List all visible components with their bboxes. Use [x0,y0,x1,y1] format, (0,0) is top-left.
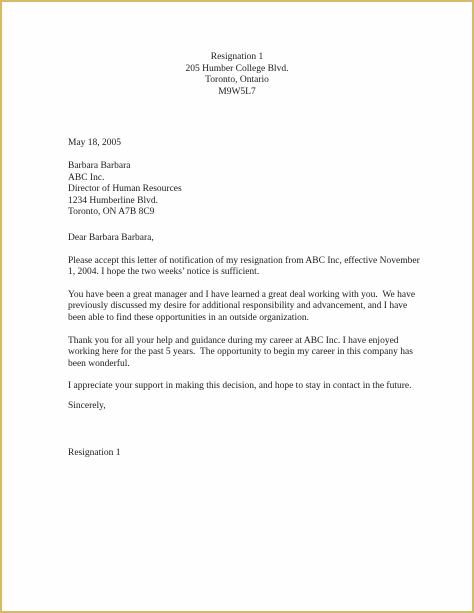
recipient-line: Director of Human Resources [68,184,422,196]
closing: Sincerely, [68,401,422,413]
recipient-line: 1234 Humberline Blvd. [68,196,422,208]
body-paragraph: Thank you for all your help and guidance… [68,336,422,371]
typed-signature: Resignation 1 [68,448,422,460]
recipient-address: Barbara Barbara ABC Inc. Director of Hum… [68,161,422,219]
body-paragraph: You have been a great manager and I have… [68,290,422,325]
body-paragraph: I appreciate your support in making this… [68,381,422,393]
date-line: May 18, 2005 [68,138,422,150]
letterhead-line: Toronto, Ontario [2,75,472,87]
letterhead-line: Resignation 1 [2,52,472,64]
letterhead: Resignation 1 205 Humber College Blvd. T… [2,52,472,98]
recipient-line: ABC Inc. [68,173,422,185]
salutation: Dear Barbara Barbara, [68,233,422,245]
letterhead-line: 205 Humber College Blvd. [2,64,472,76]
recipient-line: Barbara Barbara [68,161,422,173]
recipient-line: Toronto, ON A7B 8C9 [68,207,422,219]
letterhead-line: M9W5L7 [2,87,472,99]
body-paragraph: Please accept this letter of notificatio… [68,256,422,279]
letter-page: Resignation 1 205 Humber College Blvd. T… [0,0,474,613]
